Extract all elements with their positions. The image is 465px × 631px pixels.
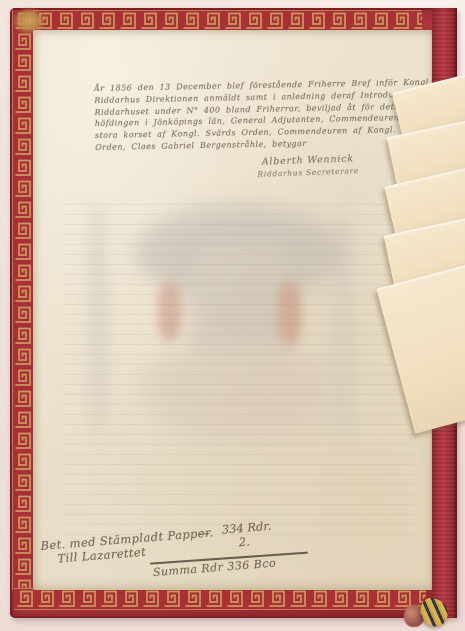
handwritten-note: År 1856 den 13 December blef förestående… — [94, 77, 413, 154]
striped-endband — [417, 595, 452, 629]
corner-endband — [404, 597, 456, 631]
greek-key-border-left — [12, 10, 34, 590]
fee-row1-dash: —. — [197, 525, 213, 540]
greek-key-border-top — [12, 10, 422, 32]
fee-row2-value: 2. — [238, 534, 250, 549]
photographed-document: År 1856 den 13 December blef förestående… — [0, 0, 465, 631]
